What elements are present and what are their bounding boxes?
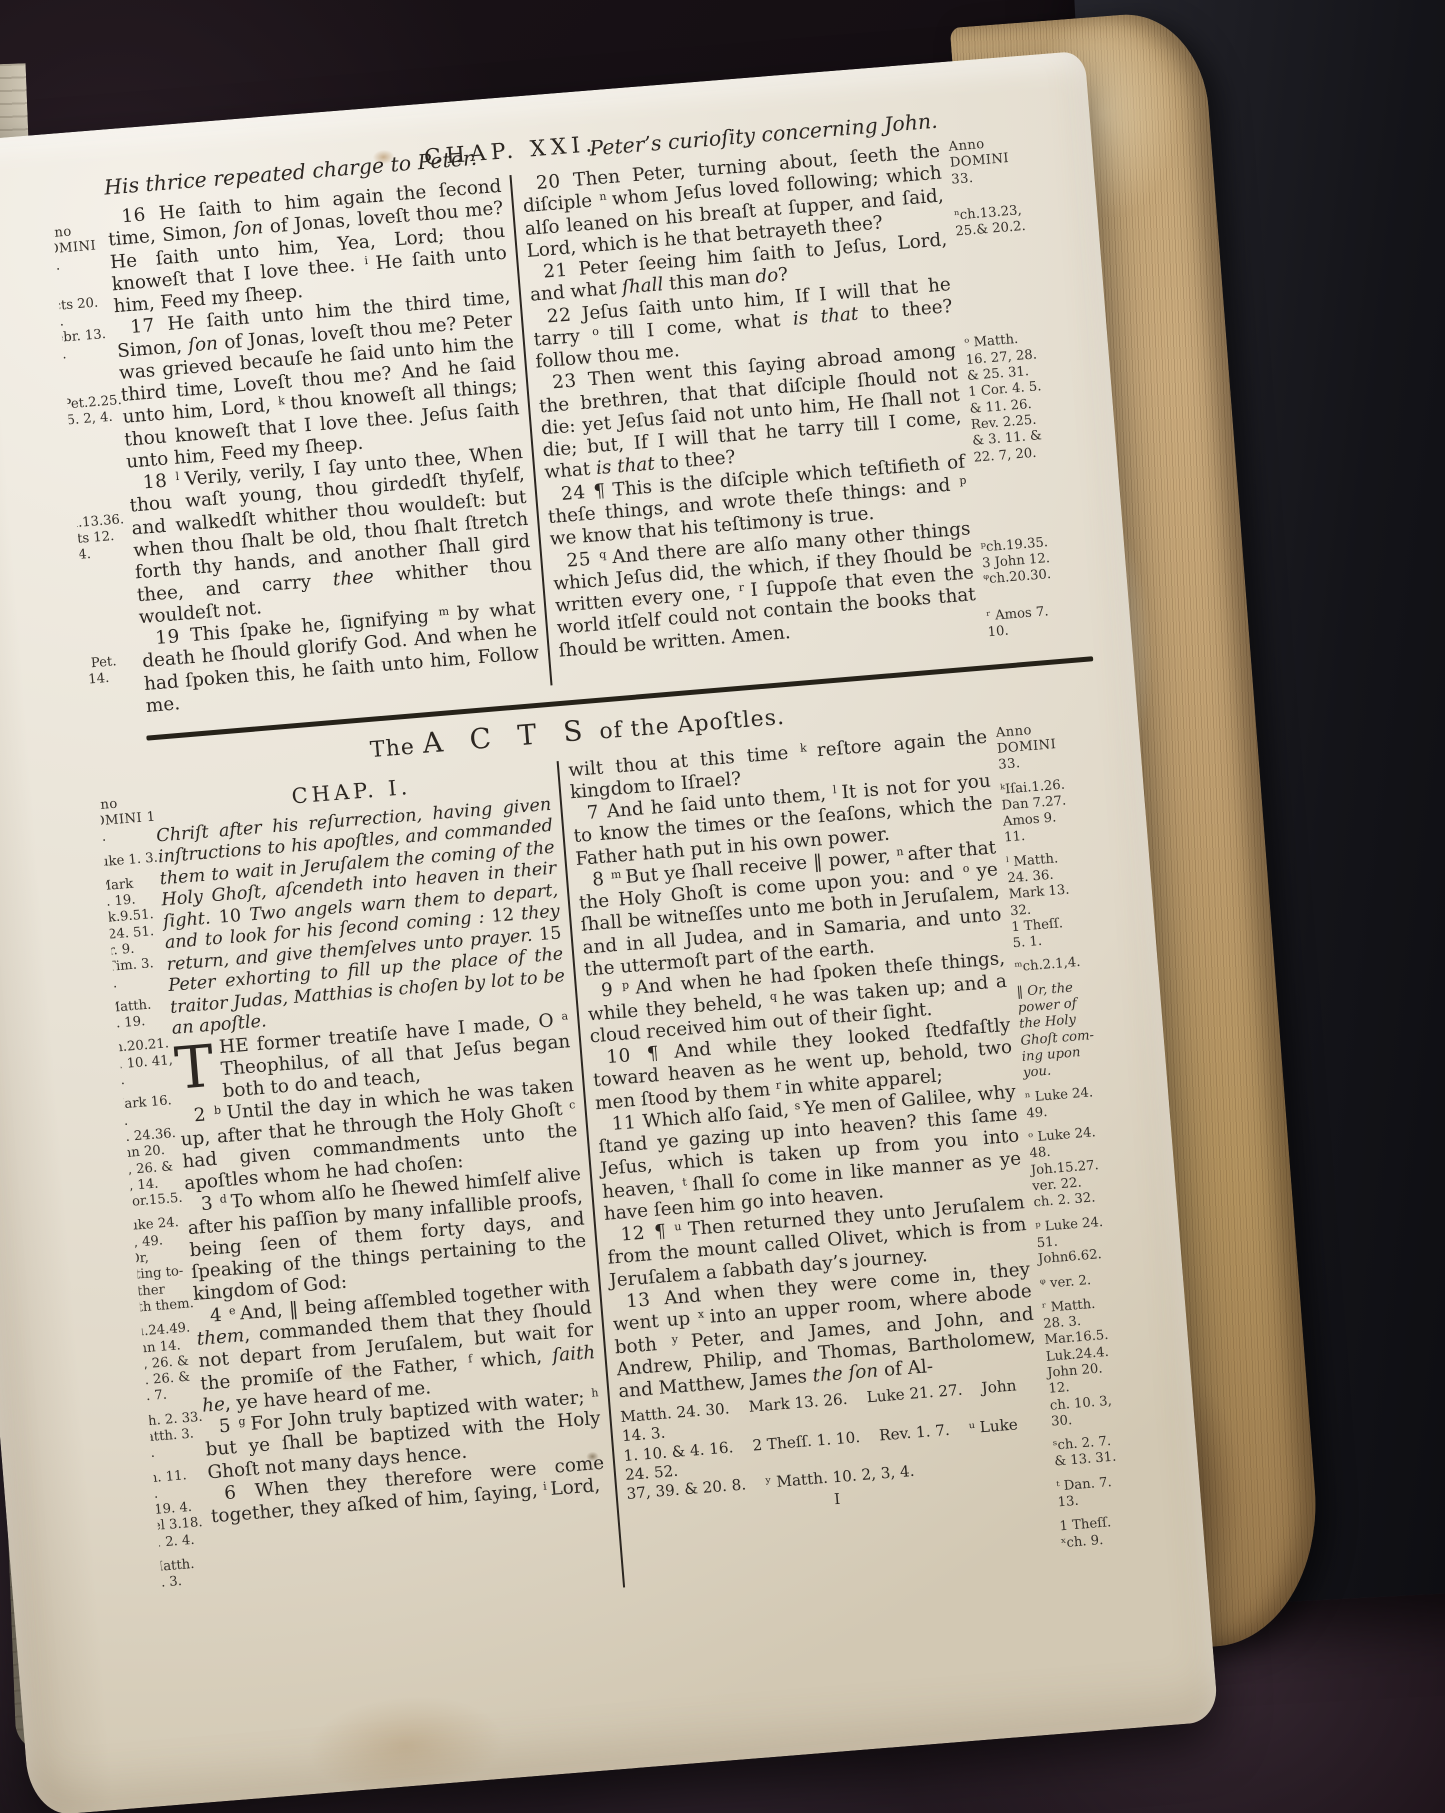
margin-note-group: ᵠ ver. 2.: [1040, 1268, 1150, 1293]
margin-note-group: ᵐ2 Pet. 1. 14.: [70, 651, 147, 690]
margin-note-group: ᵏ1Pet.2.25. & 5. 2, 4.: [52, 393, 127, 432]
margin-note-group: ᵐch.2.1,4.: [1014, 952, 1124, 977]
margin-note-group: Anno DOMINI 33.: [995, 717, 1108, 774]
margin-note-group: ʳ Amos 7. 10.: [986, 600, 1097, 641]
drop-cap-initial: T: [173, 1037, 223, 1092]
printed-page-content: His thrice repeated charge to Peter. CHA…: [0, 51, 1219, 1813]
margin-note-group: Anno DOMINI 33.: [948, 131, 1061, 188]
margin-note-group: ʳ Matth. 28. 3. Mar.16.5. Luk.24.4. John…: [1041, 1292, 1160, 1431]
margin-note-group: 1 Theſſ. ˣch. 9.: [1059, 1511, 1170, 1552]
acts-chapter-summary: Chriſt after his reſurrection, having gi…: [156, 795, 568, 1041]
margin-note-group: ᵒ Matth. 16. 27, 28. & 25. 31. 1 Cor. 4.…: [964, 328, 1083, 467]
margin-note-group: ⁿch.13.23, 25.& 20.2.: [954, 200, 1065, 241]
margin-note-group: ᶠLu.24.49. John 14. 16, 26. & 15. 26. & …: [124, 1320, 206, 1407]
acts-1-section: Anno DOMINI 1 33. ᵃLuke 1. 3. ᵇ Mark 16.…: [99, 715, 1190, 1624]
margin-note-group: ᶜ Matth. 28. 19.: [99, 996, 176, 1035]
margin-note-group: ˡch.13.36. Acts 12. 3, 4.: [58, 511, 138, 566]
margin-note-group: Joh.20.21. ch. 10. 41, 42.: [101, 1036, 181, 1091]
verse-john-21-17: 17 He ſaith unto him the third time, Sim…: [115, 287, 522, 474]
margin-note-group: ˡ Matth. 24. 36. Mark 13. 32. 1 Theſſ. 5…: [1006, 846, 1122, 952]
photograph-of-open-bible: His thrice repeated charge to Peter. CHA…: [0, 0, 1445, 1813]
margin-note-group: ⁿ Luke 24. 49.: [1025, 1082, 1136, 1123]
john-left-column: 16 He ſaith to him again the ſecond time…: [106, 176, 542, 718]
john-right-column: 20 Then Peter, turning about, ſeeth the …: [520, 141, 980, 685]
bible-page: His thrice repeated charge to Peter. CHA…: [0, 51, 1219, 1813]
margin-note-group: ⁱ Matth. 24. 3.: [142, 1555, 219, 1594]
margin-note-group: ᵃLuke 1. 3.: [99, 850, 163, 872]
acts-left-column: CHAP. I. Chriſt after his reſurrection, …: [153, 762, 614, 1620]
margin-note-group: ˢch. 2. 7. & 13. 31.: [1053, 1430, 1164, 1471]
margin-note-group: Anno DOMINI 1 33.: [99, 793, 161, 848]
margin-note-group: ᵉLuke 24. 43, 49. ‖ Or, eating to- gethe…: [115, 1214, 199, 1318]
verse-john-21-18: 18 l Verily, verily, I ſay unto thee, Wh…: [127, 442, 534, 629]
margin-note-group: ‖ Or, the power of the Holy Ghoſt com- i…: [1016, 976, 1132, 1082]
margin-note-group: Anno DOMINI 33.: [52, 221, 115, 276]
margin-note-group: ᵈMark 16. 14. Lu. 24.36. John 20. 19, 26…: [105, 1093, 190, 1213]
margin-note-group: ᵖ Luke 24. 51. John6.62.: [1035, 1211, 1148, 1268]
margin-note-group: ʰch. 11. 16. & 19. 4. Joel 3.18. ch. 2. …: [135, 1466, 217, 1553]
margin-note-group: ᵗ Dan. 7. 13.: [1056, 1471, 1167, 1512]
margin-note-group: ᵏIſai.1.26. Dan 7.27. Amos 9. 11.: [1000, 773, 1114, 847]
margin-note-group: ⁱActs 20. 28. Hebr. 13. 20.: [52, 294, 122, 365]
margin-note-group: ᵒ Luke 24. 48. Joh.15.27. ver. 22. ch. 2…: [1028, 1122, 1143, 1212]
margin-note-group: ᵖch.19.35. 3 John 12. ᵠch.20.30.: [980, 532, 1093, 589]
john-21-section: Anno DOMINI 33. ⁱActs 20. 28. Hebr. 13. …: [52, 129, 1118, 722]
acts-right-column: wilt thou at this time k reſtore again t…: [568, 726, 1053, 1586]
margin-note-group: ᵍ ch. 2. 33. Matth. 3. 11.: [131, 1409, 211, 1464]
